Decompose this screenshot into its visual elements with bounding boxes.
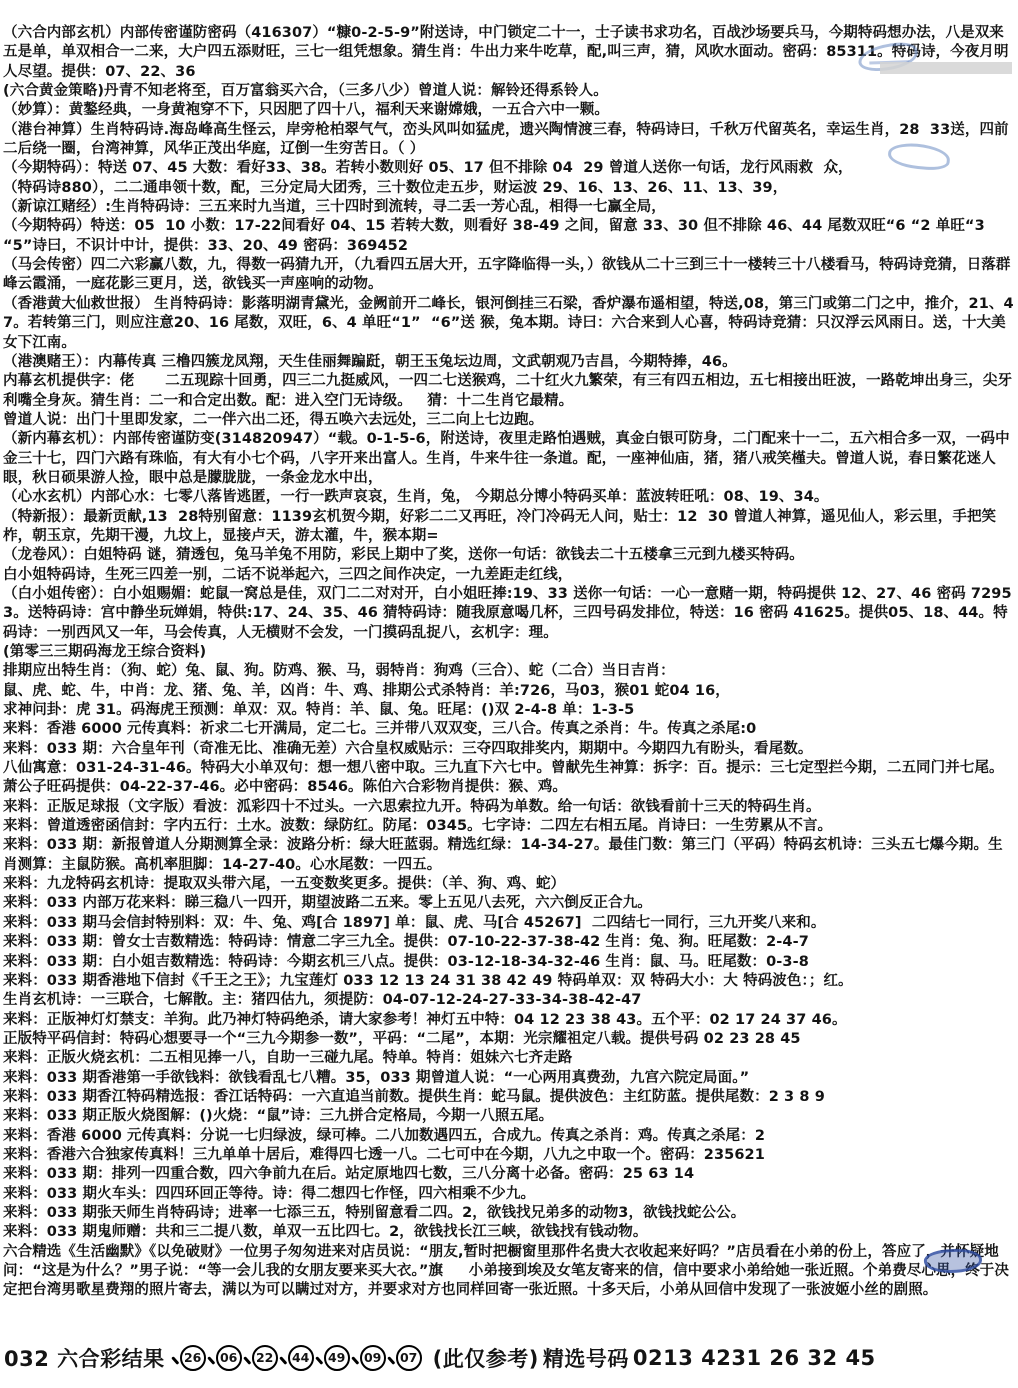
text-paragraph: 排期应出特生肖：（狗、蛇）兔、鼠、狗。防鸡、猴、马，弱特肖：狗鸡（三合）、蛇（二… xyxy=(3,662,1015,681)
result-ball: 07 xyxy=(389,1345,422,1371)
text-paragraph: 白小姐特码诗，生死三四差一别，二话不说举起六，三四之间作决定，一九差距走红线， xyxy=(3,566,1015,585)
text-paragraph: 来料：033 期火车头：四四环回正等待。诗：得二想四七作怪，四六相乘不少九。 xyxy=(3,1185,1015,1204)
text-paragraph: 来料：033 期：排列一四重合数，四六争前九在后。站定原地四七数，三八分离十必备… xyxy=(3,1165,1015,1184)
text-paragraph: 来料：033 期张天师生肖特码诗；进率一七添三五，特别留意看二四。2，欲钱找兄弟… xyxy=(3,1204,1015,1223)
result-ball: 22 xyxy=(245,1345,278,1371)
text-paragraph: （特新报）：最新贡献,13 28特别留意：1139玄机贺今期，好彩二二又再旺，冷… xyxy=(3,508,1015,547)
ball-tail-icon xyxy=(171,1356,179,1365)
reference-note: (此仅参考) xyxy=(433,1343,539,1373)
text-paragraph: 来料：033 期香港第一手欲钱料：欲钱看乱七八糟。35，033 期曾道人说：“一… xyxy=(3,1069,1015,1088)
selected-numbers: 0213 4231 26 32 45 xyxy=(633,1346,876,1370)
result-ball: 49 xyxy=(317,1345,350,1371)
text-paragraph: 来料：033 期：新报曾道人分期测算全录：波路分析：绿大旺蓝弱。精选红绿：14-… xyxy=(3,836,1015,875)
result-balls: 26062244490907 xyxy=(173,1345,425,1371)
results-prefix: 032 六合彩结果 xyxy=(4,1343,165,1373)
result-ball: 26 xyxy=(173,1345,206,1371)
text-paragraph: 来料：033 期鬼师赠：共和三二提八数，单双一五比四七。2，欲钱找长江三峡，欲钱… xyxy=(3,1223,1015,1242)
text-paragraph: 来料：033 期马会信封特别料：双：牛、兔、鸡[合 1897] 单：鼠、虎、马[… xyxy=(3,914,1015,933)
text-paragraph: （六合内部玄机）内部传密谨防密码（416307）“糠0-2-5-9”附送诗，中门… xyxy=(3,24,1015,82)
ball-tail-icon xyxy=(207,1356,215,1365)
text-paragraph: （今期特码）：特送 07、45 大数：看好33、38。若转小数则好 05、17 … xyxy=(3,159,1015,178)
ball-tail-icon xyxy=(387,1356,395,1365)
ball-number: 44 xyxy=(288,1345,314,1371)
text-paragraph: （马会传密）四二六彩赢八数，九，得数一码猜九开，（九看四五居大开，五字降临得一头… xyxy=(3,256,1015,295)
document-body: （六合内部玄机）内部传密谨防密码（416307）“糠0-2-5-9”附送诗，中门… xyxy=(3,24,1015,1301)
text-paragraph: 生肖玄机诗：一三联合，七解散。主：猪四估九，须提防：04-07-12-24-27… xyxy=(3,991,1015,1010)
text-paragraph: 来料：033 期：曾女士吉数精选：特码诗：情意二字三九全。提供：07-10-22… xyxy=(3,933,1015,952)
result-ball: 09 xyxy=(353,1345,386,1371)
result-ball: 06 xyxy=(209,1345,242,1371)
text-paragraph: 来料：香港六合独家传真料！三九单单十居后，难得四七透一八。二七可中在今期，八九之… xyxy=(3,1146,1015,1165)
text-paragraph: 八仙寓意：031-24-31-46。特码大小单双句：想一想八密中取。三九直下六七… xyxy=(3,759,1015,798)
text-paragraph: 来料：九龙特码玄机诗：提取双头带六尾，一五变数奖更多。提供：（羊、狗、鸡、蛇） xyxy=(3,875,1015,894)
selected-numbers-label: 精选号码 xyxy=(543,1343,629,1373)
text-paragraph: （香港黄大仙救世报） 生肖特码诗：影落明湖青黛光，金阙前开二峰长，银河倒挂三石梁… xyxy=(3,295,1015,353)
result-ball: 44 xyxy=(281,1345,314,1371)
ball-number: 26 xyxy=(180,1345,206,1371)
text-paragraph: （妙算）：黄鏊经典，一身黄袍穿不下，只因肥了四十八，福利天来谢嫦娥，一五合六中一… xyxy=(3,101,1015,120)
text-paragraph: （白小姐传密）：白小姐赐媚：蛇鼠一窝总是佳，双门二二对对开，白小姐旺捧:19、3… xyxy=(3,585,1015,643)
lottery-results-footer: 032 六合彩结果 26062244490907 (此仅参考) 精选号码 021… xyxy=(4,1338,1014,1378)
text-paragraph: （心水玄机）内部心水：七零八落皆逃匿，一行一跌声哀哀，生肖，兔， 今期总分博小特… xyxy=(3,488,1015,507)
text-paragraph: 来料：香港 6000 元传真料：祈求二七开满局，定二七。三并带八双双变，三八合。… xyxy=(3,720,1015,739)
ball-number: 07 xyxy=(396,1345,422,1371)
text-paragraph: 来料：香港 6000 元传真料：分说一七归绿波，绿可棒。二八加数遇四五，合成九。… xyxy=(3,1127,1015,1146)
text-paragraph: 来料：曾道透密函信封：字内五行：土水。波数：绿防红。防尾：0345。七字诗：二四… xyxy=(3,817,1015,836)
text-paragraph: (六合黄金策略)丹青不知老将至，百万富翁买六合，（三多八少）曾道人说：解铃还得系… xyxy=(3,82,1015,101)
ball-tail-icon xyxy=(279,1356,287,1365)
text-paragraph: 来料：033 期正版火烧图解：()火烧：“鼠”诗：三九拼合定格局，今期一八照五尾… xyxy=(3,1107,1015,1126)
text-paragraph: 来料：正版足球报（文字版）看波：泒彩四十不过头。一六思索拉九开。特码为单数。给一… xyxy=(3,798,1015,817)
text-paragraph: （新内幕玄机）：内部传密谨防变(314820947）“载。0-1-5-6，附送诗… xyxy=(3,430,1015,488)
ball-number: 22 xyxy=(252,1345,278,1371)
text-paragraph: 来料：033 期香港地下信封《千王之王》；九宝莲灯 033 12 13 24 3… xyxy=(3,972,1015,991)
text-paragraph: 来料：033 期：六合皇年刊（奇准无比、准确无差）六合皇权威贴示：三夺四取排奖内… xyxy=(3,740,1015,759)
text-paragraph: (第零三三期码海龙王综合资料) xyxy=(3,643,1015,662)
ball-tail-icon xyxy=(315,1356,323,1365)
ball-number: 06 xyxy=(216,1345,242,1371)
ball-number: 49 xyxy=(324,1345,350,1371)
text-paragraph: （港澳赌王）：内幕传真 三橹四簇龙凤翔，天生佳丽舞蹁跹，朝王玉兔坛边周，文武朝观… xyxy=(3,353,1015,372)
text-paragraph: 来料：正版火烧玄机：二五相见捧一八，自助一三碰九尾。特单。特肖：姐妹六七齐走路 xyxy=(3,1049,1015,1068)
text-paragraph: 六合精选《生活幽默》《以免破财》一位男子匆匆进来对店员说：“朋友,暂时把橱窗里那… xyxy=(3,1243,1015,1301)
text-paragraph: 来料：033 内部万花来料：睇三稳八一四开，期望波路二五来。零上五见八去死，六六… xyxy=(3,894,1015,913)
text-paragraph: （龙卷风）：白姐特码 谜，猜透包，兔马羊兔不用防，彩民上期中了奖，送你一句话：欲… xyxy=(3,546,1015,565)
text-paragraph: 求神问卦：虎 31。码海虎王预测：单双：双。特肖：羊、鼠、兔。旺尾：()双 2-… xyxy=(3,701,1015,720)
ball-tail-icon xyxy=(351,1356,359,1365)
text-paragraph: 曾道人说：出门十里即发家，二一伴六出二还，得五唤六去远处，三二向上七边跑。 xyxy=(3,411,1015,430)
text-paragraph: 来料：033 期香江特码精选报：香江话特码：一六直追当前数。提供生肖：蛇马鼠。提… xyxy=(3,1088,1015,1107)
text-paragraph: 来料：正版神灯灯禁支：羊狗。此乃神灯特码绝杀，请大家参考！神灯五中特：04 12… xyxy=(3,1011,1015,1030)
text-paragraph: （港台神算）生肖特码诗.海岛峰高生怪云，岸旁枪柏翠气气，峦头风叫如猛虎，遗兴陶情… xyxy=(3,121,1015,160)
ball-number: 09 xyxy=(360,1345,386,1371)
text-paragraph: 正版特平码信封：特码心想要寻一个“三九今期参一数”，平码：“二尾”，本期：光宗耀… xyxy=(3,1030,1015,1049)
text-paragraph: 鼠、虎、蛇、牛，中肖：龙、猪、兔、羊，凶肖：牛、鸡、排期公式杀特肖：羊:726，… xyxy=(3,682,1015,701)
ball-tail-icon xyxy=(243,1356,251,1365)
text-paragraph: （新谅江赌经）:生肖特码诗：三五来时九当道，三十四时到流转，寻二丢一芳心乱，相得… xyxy=(3,198,1015,217)
text-paragraph: （今期特码）特送：05 10 小数：17-22间看好 04、15 若转大数，则看… xyxy=(3,217,1015,256)
text-paragraph: 来料：033 期：白小姐吉数精选：特码诗：今期玄机三八点。提供：03-12-18… xyxy=(3,953,1015,972)
text-paragraph: 内幕玄机提供字：佬 二五现踪十回勇，四三二九挺威风，一四二七送猴鸡，二十红火九繁… xyxy=(3,372,1015,411)
text-paragraph: （特码诗880），二二通串领十数，配，三分定局大团秀，三十数位走五步，财运波 2… xyxy=(3,179,1015,198)
